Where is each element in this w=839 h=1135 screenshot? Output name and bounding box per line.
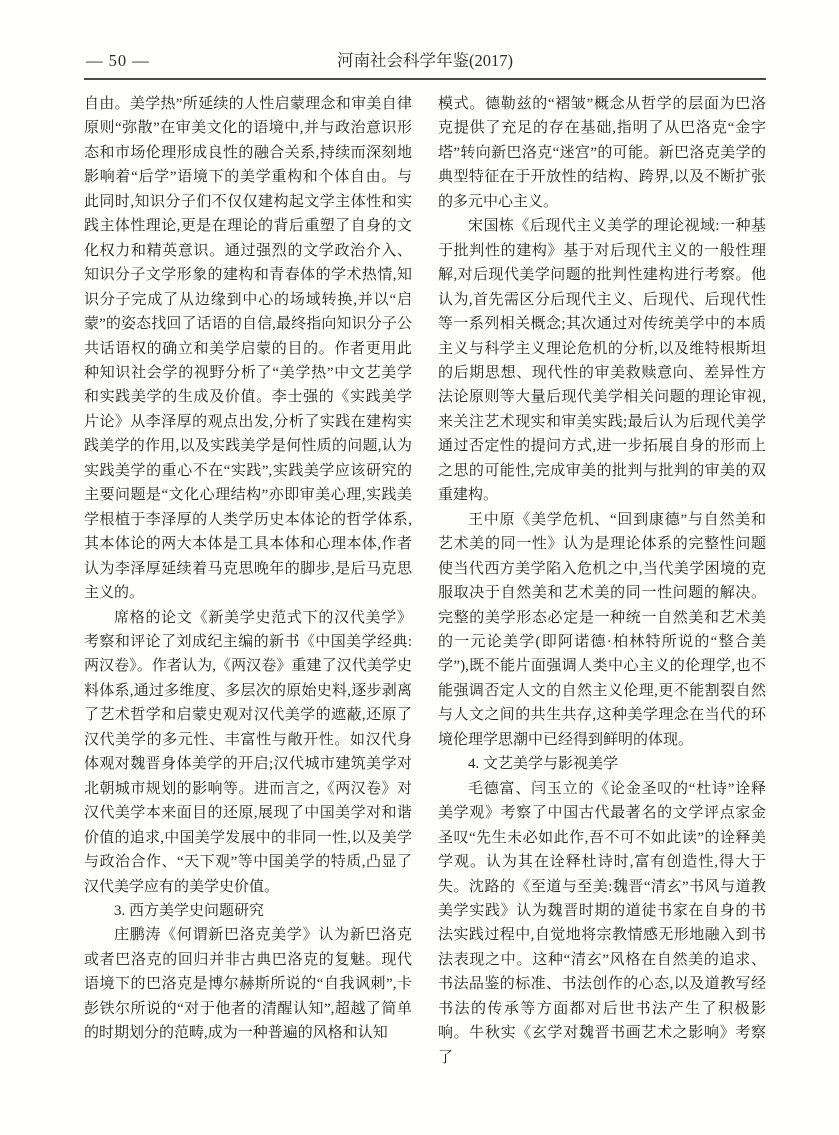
right-column: 模式。德勒兹的“褶皱”概念从哲学的层面为巴洛克提供了充足的存在基础,指明了从巴洛… (438, 92, 766, 1070)
paragraph: 王中原《美学危机、“回到康德”与自然美和艺术美的同一性》认为是理论体系的完整性问… (438, 508, 766, 753)
header-rule (84, 78, 766, 80)
paragraph: 庄鹏涛《何谓新巴洛克美学》认为新巴洛克或者巴洛克的回归并非古典巴洛克的复魅。现代… (84, 923, 412, 1045)
section-heading-literary-film-aesthetics: 4. 文艺美学与影视美学 (438, 752, 766, 776)
page-header: — 50 — 河南社会科学年鉴(2017) (84, 0, 766, 78)
page-content: — 50 — 河南社会科学年鉴(2017) 自由。美学热”所延续的人性启蒙理念和… (84, 0, 766, 1070)
paragraph-continuation: 自由。美学热”所延续的人性启蒙理念和审美自律原则“弥散”在审美文化的语境中,并与… (84, 92, 412, 606)
paragraph: 毛德富、闫玉立的《论金圣叹的“杜诗”诠释美学观》考察了中国古代最著名的文学评点家… (438, 777, 766, 1070)
paragraph-continuation: 模式。德勒兹的“褶皱”概念从哲学的层面为巴洛克提供了充足的存在基础,指明了从巴洛… (438, 92, 766, 214)
page-number: — 50 — (86, 51, 150, 71)
left-column: 自由。美学热”所延续的人性启蒙理念和审美自律原则“弥散”在审美文化的语境中,并与… (84, 92, 412, 1070)
paragraph: 席格的论文《新美学史范式下的汉代美学》考察和评论了刘成纪主编的新书《中国美学经典… (84, 606, 412, 899)
yearbook-scanned-page: — 50 — 河南社会科学年鉴(2017) 自由。美学热”所延续的人性启蒙理念和… (0, 0, 839, 1135)
section-heading-western-aesthetics: 3. 西方美学史问题研究 (84, 899, 412, 923)
two-column-body: 自由。美学热”所延续的人性启蒙理念和审美自律原则“弥散”在审美文化的语境中,并与… (84, 92, 766, 1070)
running-title: 河南社会科学年鉴(2017) (337, 47, 513, 71)
paragraph: 宋国栋《后现代主义美学的理论视域:一种基于批判性的建构》基于对后现代主义的一般性… (438, 214, 766, 507)
